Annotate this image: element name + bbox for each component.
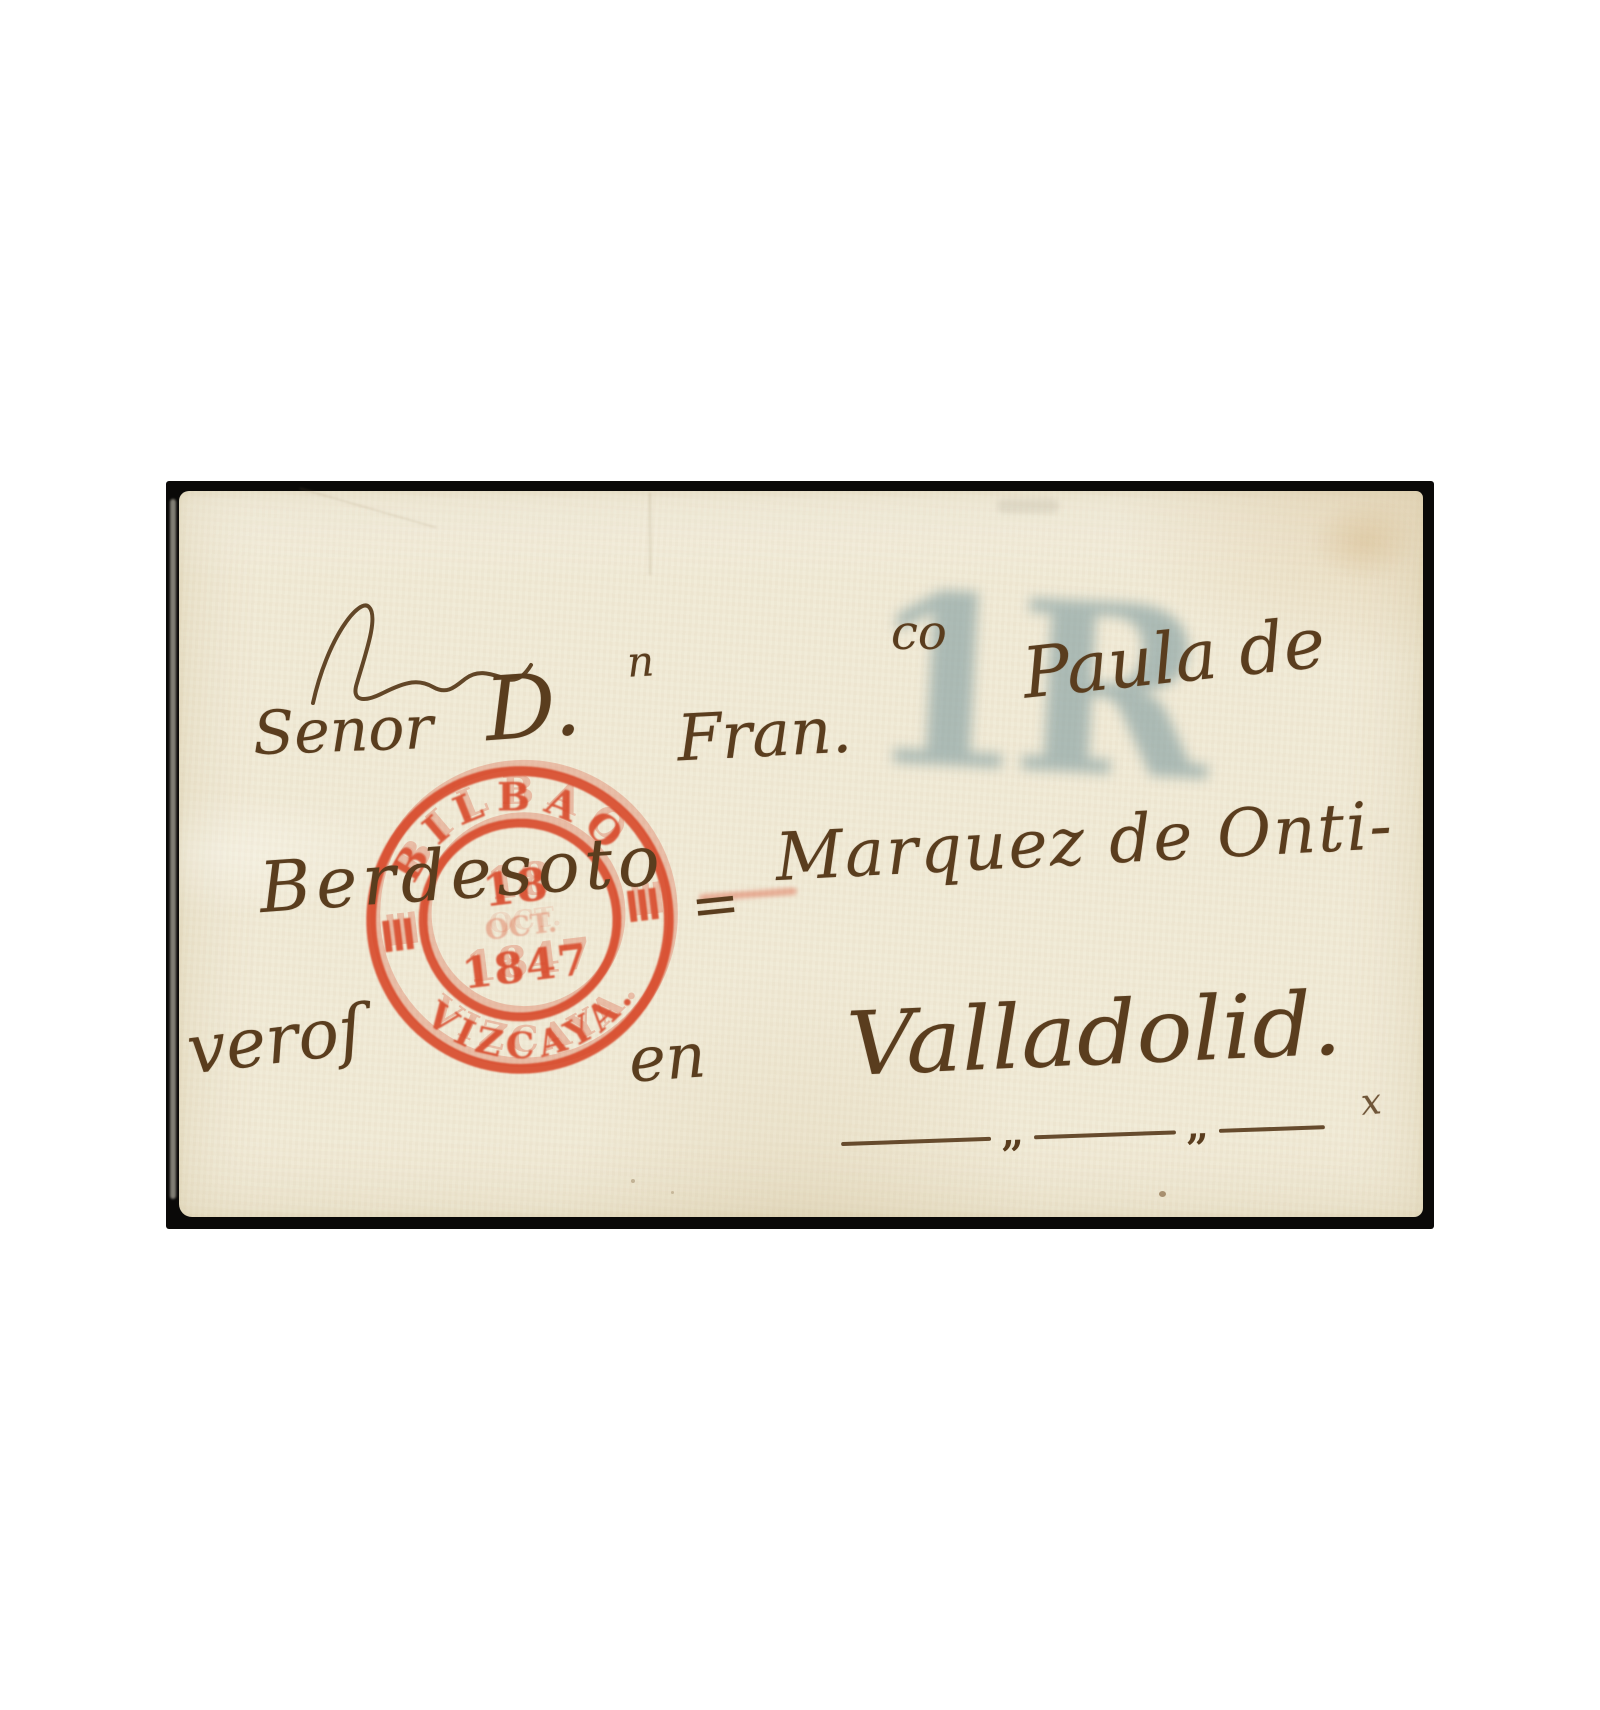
ink-spot bbox=[1159, 1191, 1166, 1197]
page: { "scene": { "colors": { "backdrop": "#0… bbox=[0, 0, 1600, 1710]
diagonal-crease bbox=[299, 487, 436, 528]
underline-dash bbox=[1034, 1130, 1176, 1139]
address-preposition: en bbox=[627, 1024, 708, 1091]
vertical-crease bbox=[649, 493, 651, 575]
folded-letter-cover: 1R BILBAO VIZCAYA. 18 OCT. bbox=[179, 491, 1423, 1217]
photo-backdrop: 1R BILBAO VIZCAYA. 18 OCT. bbox=[166, 481, 1434, 1229]
firstname-superscript: co bbox=[891, 609, 947, 657]
smudge-mark bbox=[997, 499, 1059, 513]
pen-dash: = bbox=[688, 873, 742, 936]
underline-quote-mark: „ bbox=[1001, 1133, 1024, 1134]
small-cross-mark: x bbox=[1359, 1084, 1382, 1122]
paper-edge-highlight bbox=[170, 499, 176, 1199]
address-firstname: Fran. bbox=[675, 698, 853, 771]
address-honorific: D. bbox=[482, 660, 583, 754]
address-destination: Valladolid. bbox=[845, 980, 1343, 1089]
address-salutation: Senor bbox=[252, 698, 434, 764]
honorific-superscript: n bbox=[626, 640, 655, 683]
ink-speckle bbox=[671, 1191, 674, 1194]
ink-speckle bbox=[631, 1179, 635, 1183]
toning-stain bbox=[1307, 499, 1422, 584]
underline-dash bbox=[841, 1137, 991, 1146]
underline-dash bbox=[1219, 1125, 1325, 1133]
underline-quote-mark: „ bbox=[1186, 1126, 1209, 1127]
destination-underline-flourish: „ „ bbox=[841, 1124, 1361, 1146]
address-title-cont: veroſ bbox=[184, 996, 368, 1085]
